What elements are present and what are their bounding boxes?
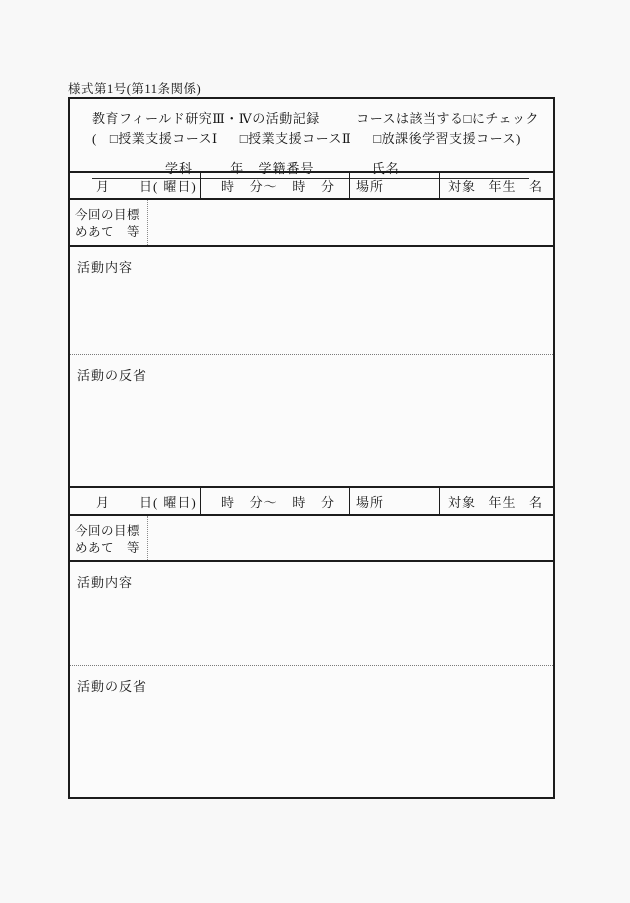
form-number-label: 様式第1号(第11条関係) <box>68 79 201 97</box>
reflection-label: 活動の反省 <box>77 676 147 695</box>
weekday-label: 曜日) <box>163 176 196 195</box>
place-cell[interactable]: 場所 <box>350 173 440 198</box>
activity-label: 活動内容 <box>77 572 133 591</box>
place-label: 場所 <box>356 492 384 511</box>
count-label: 名 <box>529 176 543 195</box>
minute-to-label: 分 <box>321 492 335 511</box>
goal-label-line2: めあて 等 <box>75 224 147 241</box>
activity-input-area[interactable] <box>70 562 553 665</box>
goal-input-area[interactable] <box>148 516 553 560</box>
goal-label-line1: 今回の目標 <box>75 523 147 540</box>
course-option-label: 放課後学習支援コース <box>382 131 516 146</box>
reflection-section: 活動の反省 <box>70 666 553 797</box>
course-check-note: コースは該当する□にチェック <box>356 108 539 127</box>
day-label: 日( <box>139 492 158 511</box>
hour-to-label: 時 <box>292 176 306 195</box>
course-option-afterschool-support: □放課後学習支援コース <box>373 128 516 147</box>
activity-section: 活動内容 <box>70 247 553 355</box>
activity-label: 活動内容 <box>77 257 133 276</box>
paren-close: ) <box>516 131 521 147</box>
time-cell[interactable]: 時 分～ 時 分 <box>201 173 350 198</box>
goal-row: 今回の目標 めあて 等 <box>70 516 553 562</box>
place-cell[interactable]: 場所 <box>350 488 440 514</box>
checkbox-icon[interactable]: □ <box>110 131 118 146</box>
course-options-row: ( □授業支援コースⅠ □授業支援コースⅡ □放課後学習支援コース ) <box>70 128 553 147</box>
day-label: 日( <box>139 176 158 195</box>
goal-label-line1: 今回の目標 <box>75 207 147 224</box>
target-cell[interactable]: 対象 年生 名 <box>440 488 553 514</box>
target-cell[interactable]: 対象 年生 名 <box>440 173 553 198</box>
reflection-label: 活動の反省 <box>77 365 147 384</box>
reflection-section: 活動の反省 <box>70 355 553 486</box>
place-label: 場所 <box>356 176 384 195</box>
form-header-section: 教育フィールド研究Ⅲ・Ⅳの活動記録 コースは該当する□にチェック ( □授業支援… <box>70 99 553 171</box>
activity-record-form: 教育フィールド研究Ⅲ・Ⅳの活動記録 コースは該当する□にチェック ( □授業支援… <box>68 97 555 799</box>
date-header-row: 月 日( 曜日) 時 分～ 時 分 場所 対象 年生 名 <box>70 171 553 200</box>
month-label: 月 <box>96 492 110 511</box>
paren-open: ( <box>92 131 97 147</box>
checkbox-icon[interactable]: □ <box>373 131 381 146</box>
goal-row: 今回の目標 めあて 等 <box>70 200 553 247</box>
course-option-label: 授業支援コースⅡ <box>248 131 351 146</box>
date-cell[interactable]: 月 日( 曜日) <box>70 488 201 514</box>
goal-label: 今回の目標 めあて 等 <box>70 516 148 560</box>
date-cell[interactable]: 月 日( 曜日) <box>70 173 201 198</box>
course-option-class-support-1: □授業支援コースⅠ <box>110 128 218 147</box>
activity-section: 活動内容 <box>70 562 553 666</box>
minute-from-label: 分～ <box>250 492 278 511</box>
target-label: 対象 <box>448 176 476 195</box>
time-cell[interactable]: 時 分～ 時 分 <box>201 488 350 514</box>
goal-label: 今回の目標 めあて 等 <box>70 200 148 245</box>
course-option-class-support-2: □授業支援コースⅡ <box>240 128 352 147</box>
goal-input-area[interactable] <box>148 200 553 245</box>
grade-label: 年生 <box>488 176 516 195</box>
activity-input-area[interactable] <box>70 247 553 354</box>
count-label: 名 <box>529 492 543 511</box>
hour-from-label: 時 <box>221 176 235 195</box>
target-label: 対象 <box>448 492 476 511</box>
form-title: 教育フィールド研究Ⅲ・Ⅳの活動記録 <box>92 108 320 127</box>
checkbox-icon[interactable]: □ <box>240 131 248 146</box>
course-option-label: 授業支援コースⅠ <box>118 131 218 146</box>
weekday-label: 曜日) <box>163 492 196 511</box>
date-header-row: 月 日( 曜日) 時 分～ 時 分 場所 対象 年生 名 <box>70 486 553 516</box>
goal-label-line2: めあて 等 <box>75 540 147 557</box>
grade-label: 年生 <box>488 492 516 511</box>
hour-to-label: 時 <box>292 492 306 511</box>
month-label: 月 <box>96 176 110 195</box>
minute-to-label: 分 <box>321 176 335 195</box>
hour-from-label: 時 <box>221 492 235 511</box>
minute-from-label: 分～ <box>250 176 278 195</box>
document-page: 様式第1号(第11条関係) 教育フィールド研究Ⅲ・Ⅳの活動記録 コースは該当する… <box>0 0 630 903</box>
